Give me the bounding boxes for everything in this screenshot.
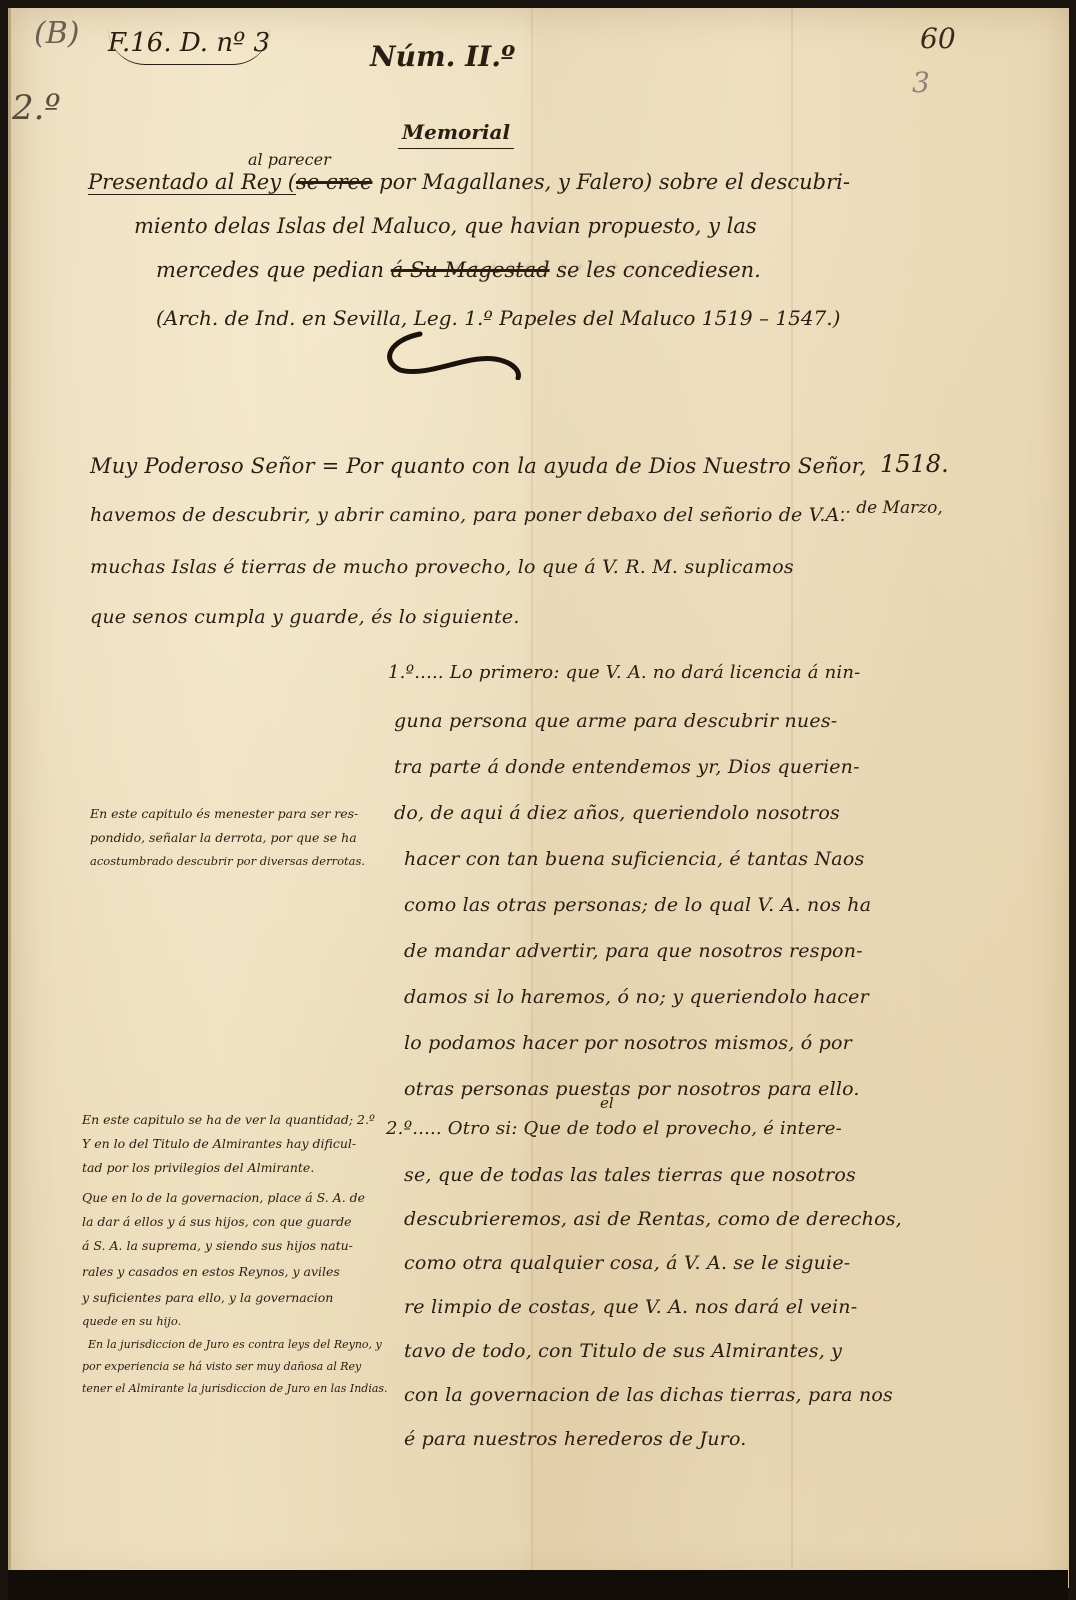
scan-bottom-edge	[8, 1570, 1068, 1600]
clause-2-line: como otra qualquier cosa, á V. A. se le …	[404, 1252, 850, 1274]
margin-note-2-line: En la jurisdiccion de Juro es contra ley…	[88, 1338, 382, 1351]
title-line-3-prefix: mercedes que pedian	[156, 258, 391, 282]
struck-text: se cree	[296, 170, 373, 194]
margin-note-1-line: acostumbrado descubrir por diversas derr…	[90, 854, 365, 868]
margin-note-2-line: por experiencia se há visto ser muy daño…	[82, 1360, 361, 1373]
opening-line: Muy Poderoso Señor = Por quanto con la a…	[90, 454, 866, 478]
margin-note-1-line: En este capitulo és menester para ser re…	[90, 806, 358, 821]
clause-2-line: tavo de todo, con Titulo de sus Almirant…	[404, 1340, 842, 1362]
title-line-2: miento delas Islas del Maluco, que havia…	[134, 214, 757, 238]
clause-2-line: descubrieremos, asi de Rentas, como de d…	[404, 1208, 902, 1230]
margin-mark-b: (B)	[34, 16, 79, 51]
heading-memorial: Memorial	[398, 120, 514, 149]
clause-1-line: damos si lo haremos, ó no; y queriendolo…	[404, 986, 869, 1008]
title-line-1-prefix: Presentado al Rey (	[88, 170, 296, 195]
margin-note-2-line: la dar á ellos y á sus hijos, con que gu…	[82, 1214, 352, 1229]
clause-1-line: hacer con tan buena suficiencia, é tanta…	[404, 848, 864, 870]
title-line-3: mercedes que pedian á Su Magestad se les…	[156, 258, 761, 282]
opening-line: que senos cumpla y guarde, és lo siguien…	[90, 606, 520, 628]
margin-note-2-line: tener el Almirante la jurisdiccion de Ju…	[82, 1382, 388, 1395]
margin-note-1-line: pondido, señalar la derrota, por que se …	[90, 830, 357, 845]
title-line-3-rest: se les concediesen.	[550, 258, 761, 282]
clause-1-line: tra parte á donde entendemos yr, Dios qu…	[394, 756, 860, 778]
call-number: F.16. D. nº 3	[108, 28, 270, 65]
margin-note-2-line: quede en su hijo.	[82, 1314, 181, 1328]
margin-note-2-line: tad por los privilegios del Almirante.	[82, 1160, 314, 1175]
date-month: .. de Marzo,	[840, 498, 943, 518]
margin-note-2-line: rales y casados en estos Reynos, y avile…	[82, 1264, 340, 1279]
clause-2-line: se, que de todas las tales tierras que n…	[404, 1164, 856, 1186]
date-year: 1518.	[880, 450, 949, 478]
clause-1-line: otras personas puestas por nosotros para…	[404, 1078, 860, 1100]
clause-1-line: de mandar advertir, para que nosotros re…	[404, 940, 863, 962]
margin-note-2-line: Y en lo del Titulo de Almirantes hay dif…	[82, 1136, 356, 1151]
insertion-el: el	[600, 1094, 614, 1112]
flourish-mark	[380, 330, 530, 380]
opening-line: muchas Islas é tierras de mucho provecho…	[90, 556, 794, 578]
margin-note-2-line: En este capitulo se ha de ver la quantid…	[82, 1112, 375, 1127]
margin-note-2-line: y suficientes para ello, y la governacio…	[82, 1290, 333, 1305]
left-margin-ordinal: 2.º	[12, 88, 60, 128]
pencil-number: 3	[912, 66, 930, 99]
archive-citation: (Arch. de Ind. en Sevilla, Leg. 1.º Pape…	[156, 306, 840, 330]
clause-1-line: do, de aqui á diez años, queriendolo nos…	[394, 802, 840, 824]
margin-note-2-line: á S. A. la suprema, y siendo sus hijos n…	[82, 1238, 353, 1253]
clause-1-line: guna persona que arme para descubrir nue…	[394, 710, 837, 732]
clause-2-line: re limpio de costas, que V. A. nos dará …	[404, 1296, 857, 1318]
clause-1-line: como las otras personas; de lo qual V. A…	[404, 894, 871, 916]
struck-text: á Su Magestad	[391, 258, 550, 282]
title-line-1: Presentado al Rey (se cree por Magallane…	[88, 170, 850, 194]
insertion-al-parecer: al parecer	[248, 150, 331, 169]
folio-number: 60	[920, 22, 956, 55]
title-line-1-rest: por Magallanes, y Falero) sobre el descu…	[372, 170, 849, 194]
clause-1-line: lo podamos hacer por nosotros mismos, ó …	[404, 1032, 852, 1054]
margin-note-2-line: Que en lo de la governacion, place á S. …	[82, 1190, 365, 1205]
number-title: Núm. II.º	[370, 40, 515, 73]
clause-2-line: 2.º..... Otro si: Que de todo el provech…	[386, 1118, 842, 1139]
clause-2-line: é para nuestros herederos de Juro.	[404, 1428, 747, 1450]
clause-2-line: con la governacion de las dichas tierras…	[404, 1384, 893, 1406]
opening-line: havemos de descubrir, y abrir camino, pa…	[90, 504, 846, 526]
clause-1-line: 1.º..... Lo primero: que V. A. no dará l…	[388, 662, 860, 683]
